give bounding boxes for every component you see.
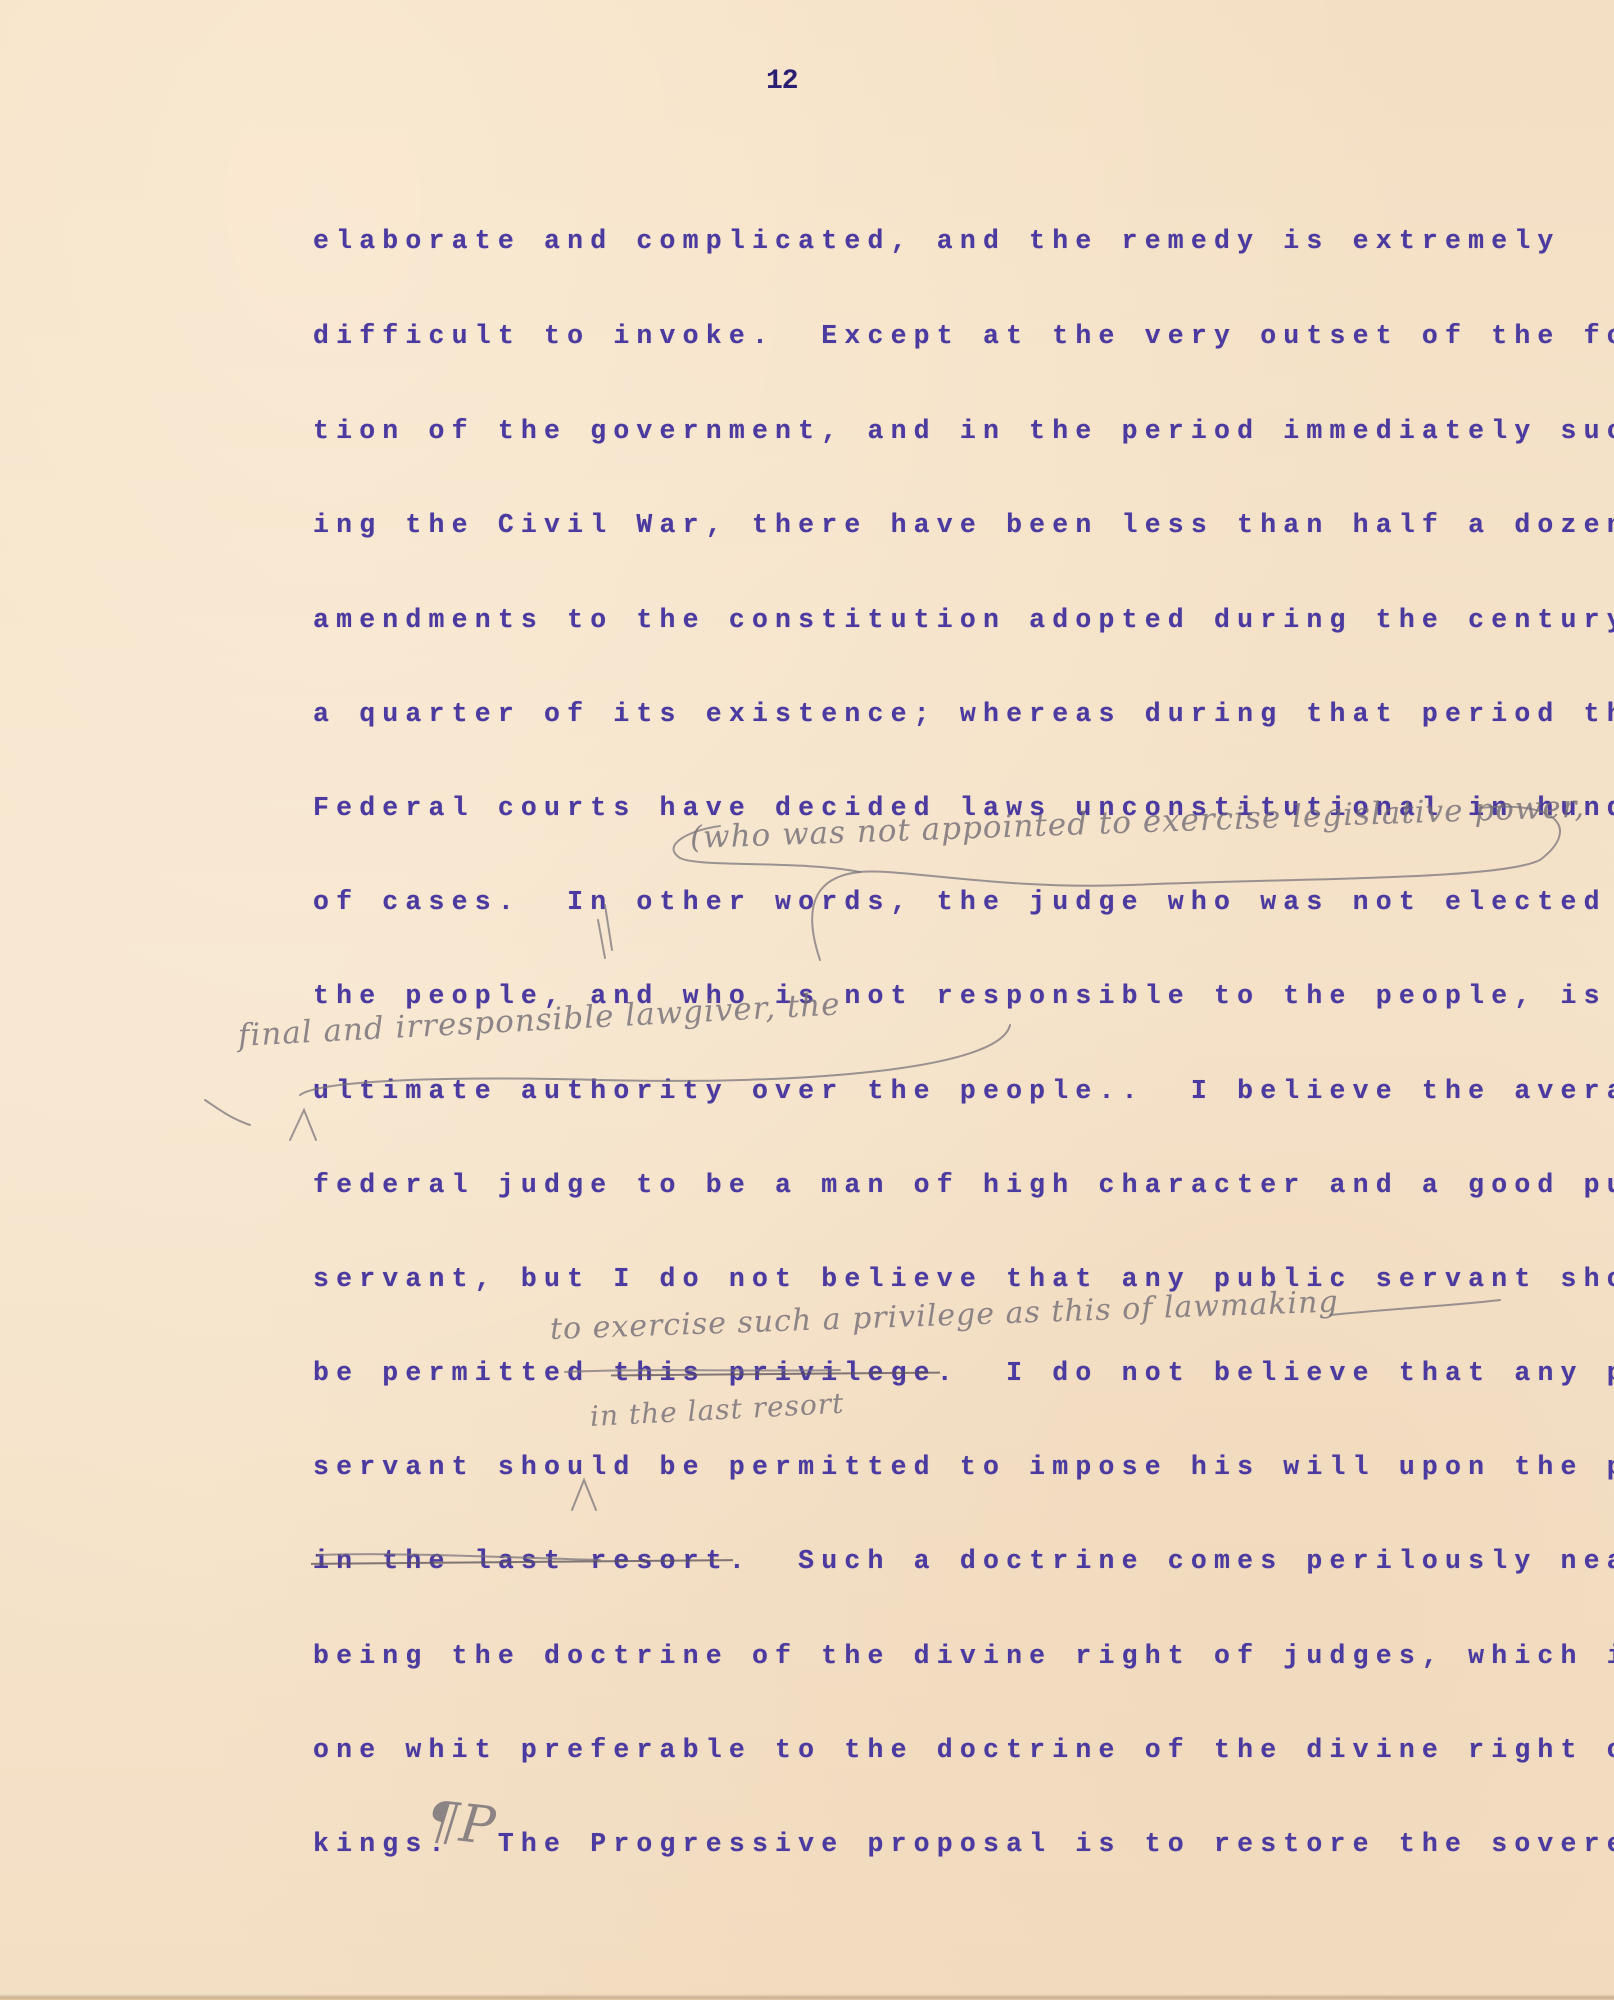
typed-line: difficult to invoke. Except at the very … [313, 323, 1614, 350]
typed-line-with-strikethrough: in the last resort. Such a doctrine come… [313, 1548, 1614, 1575]
caret-icon [290, 1110, 316, 1140]
typed-line: being the doctrine of the divine right o… [313, 1643, 1614, 1670]
page-bottom-edge [0, 1994, 1614, 2000]
typed-line: a quarter of its existence; whereas duri… [313, 701, 1614, 728]
typed-line: federal judge to be a man of high charac… [313, 1172, 1614, 1199]
typed-text: . I do not believe that any public [937, 1358, 1614, 1388]
typed-line: servant should be permitted to impose hi… [313, 1454, 1614, 1481]
typed-line: tion of the government, and in the perio… [313, 418, 1614, 445]
typed-line: amendments to the constitution adopted d… [313, 607, 1614, 634]
pencil-stroke [205, 1100, 250, 1125]
typed-line: kings. The Progressive proposal is to re… [313, 1831, 1614, 1858]
typed-line: of cases. In other words, the judge who … [313, 889, 1614, 916]
struck-text: in the last resort [313, 1546, 729, 1576]
pencil-strike [1330, 1300, 1500, 1315]
paragraph-mark-icon: ¶P [423, 1790, 499, 1857]
typed-line: one whit preferable to the doctrine of t… [313, 1737, 1614, 1764]
typed-line: servant, but I do not believe that any p… [313, 1266, 1614, 1293]
typed-text: be permitted [313, 1358, 613, 1388]
typed-text: . Such a doctrine comes perilously near [729, 1546, 1614, 1576]
typed-line: ultimate authority over the people.. I b… [313, 1078, 1614, 1105]
typed-line: ing the Civil War, there have been less … [313, 512, 1614, 539]
struck-text: this privilege [613, 1358, 936, 1388]
page-number: 12 [766, 66, 798, 97]
typed-line-with-strikethrough: be permitted this privilege. I do not be… [313, 1360, 1614, 1387]
pencil-annotation-last-resort-insert: in the last resort [589, 1387, 845, 1433]
caret-icon [572, 1480, 596, 1510]
typed-line: elaborate and complicated, and the remed… [313, 228, 1561, 255]
